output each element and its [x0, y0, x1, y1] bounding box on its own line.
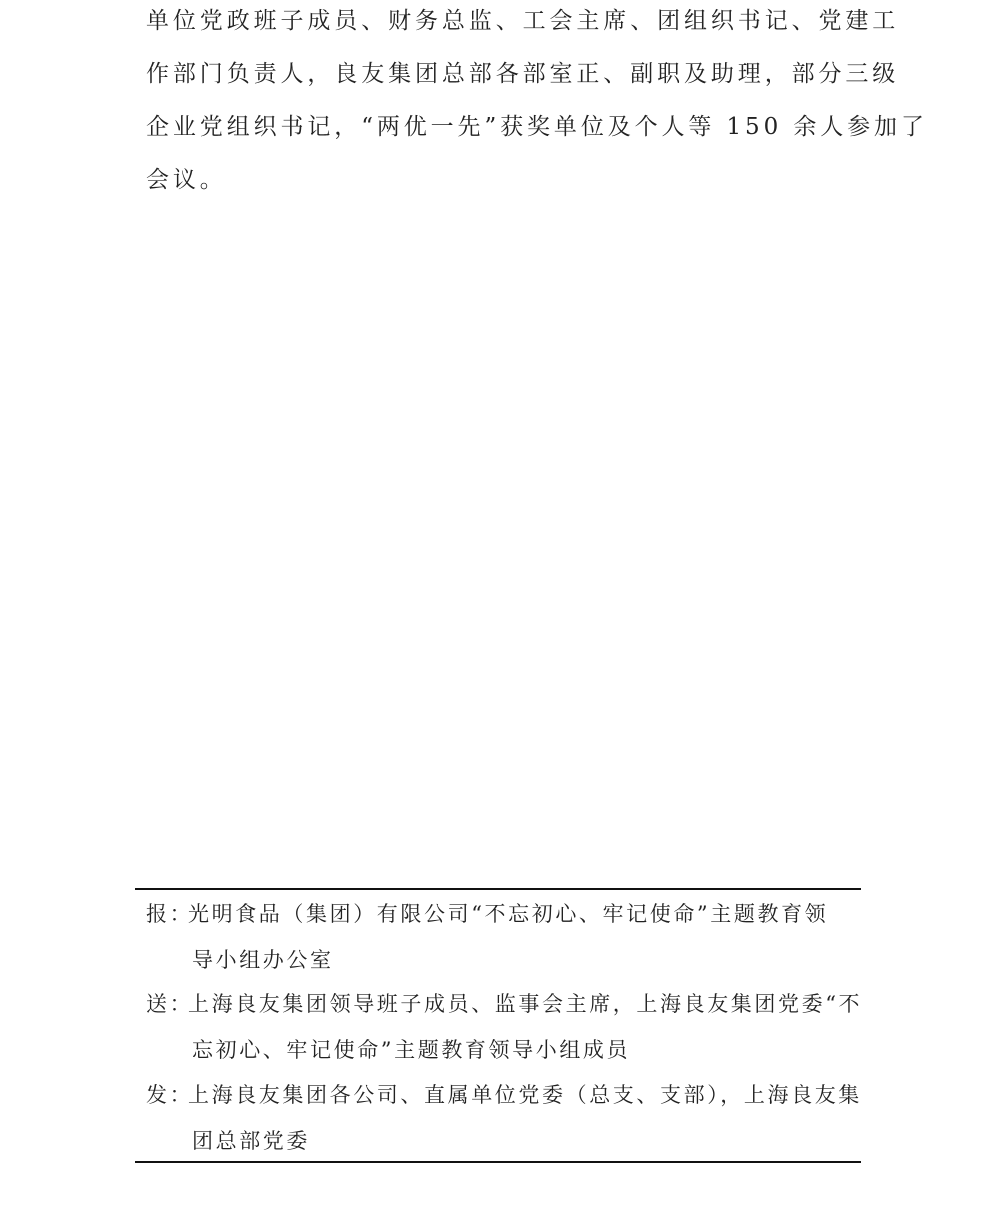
issue-line: 团总部党委 [192, 1127, 310, 1155]
issue-label: 发： [146, 1081, 193, 1109]
report-label: 报： [146, 900, 193, 928]
body-line: 作部门负责人，良友集团总部各部室正、副职及助理，部分三级 [146, 59, 899, 89]
copy-label: 送： [146, 990, 193, 1018]
body-line: 会议。 [146, 165, 227, 195]
copy-line: 忘初心、牢记使命”主题教育领导小组成员 [192, 1036, 630, 1064]
bottom-divider-rule [135, 1161, 861, 1163]
issue-line: 上海良友集团各公司、直属单位党委（总支、支部），上海良友集 [188, 1081, 862, 1109]
copy-line: 上海良友集团领导班子成员、监事会主席，上海良友集团党委“不 [188, 990, 862, 1018]
report-line: 光明食品（集团）有限公司“不忘初心、牢记使命”主题教育领 [188, 900, 828, 928]
body-line: 企业党组织书记，“两优一先”获奖单位及个人等 150 余人参加了 [146, 112, 928, 142]
report-line: 导小组办公室 [192, 946, 334, 974]
top-divider-rule [135, 888, 861, 890]
body-line: 单位党政班子成员、财务总监、工会主席、团组织书记、党建工 [146, 6, 899, 36]
